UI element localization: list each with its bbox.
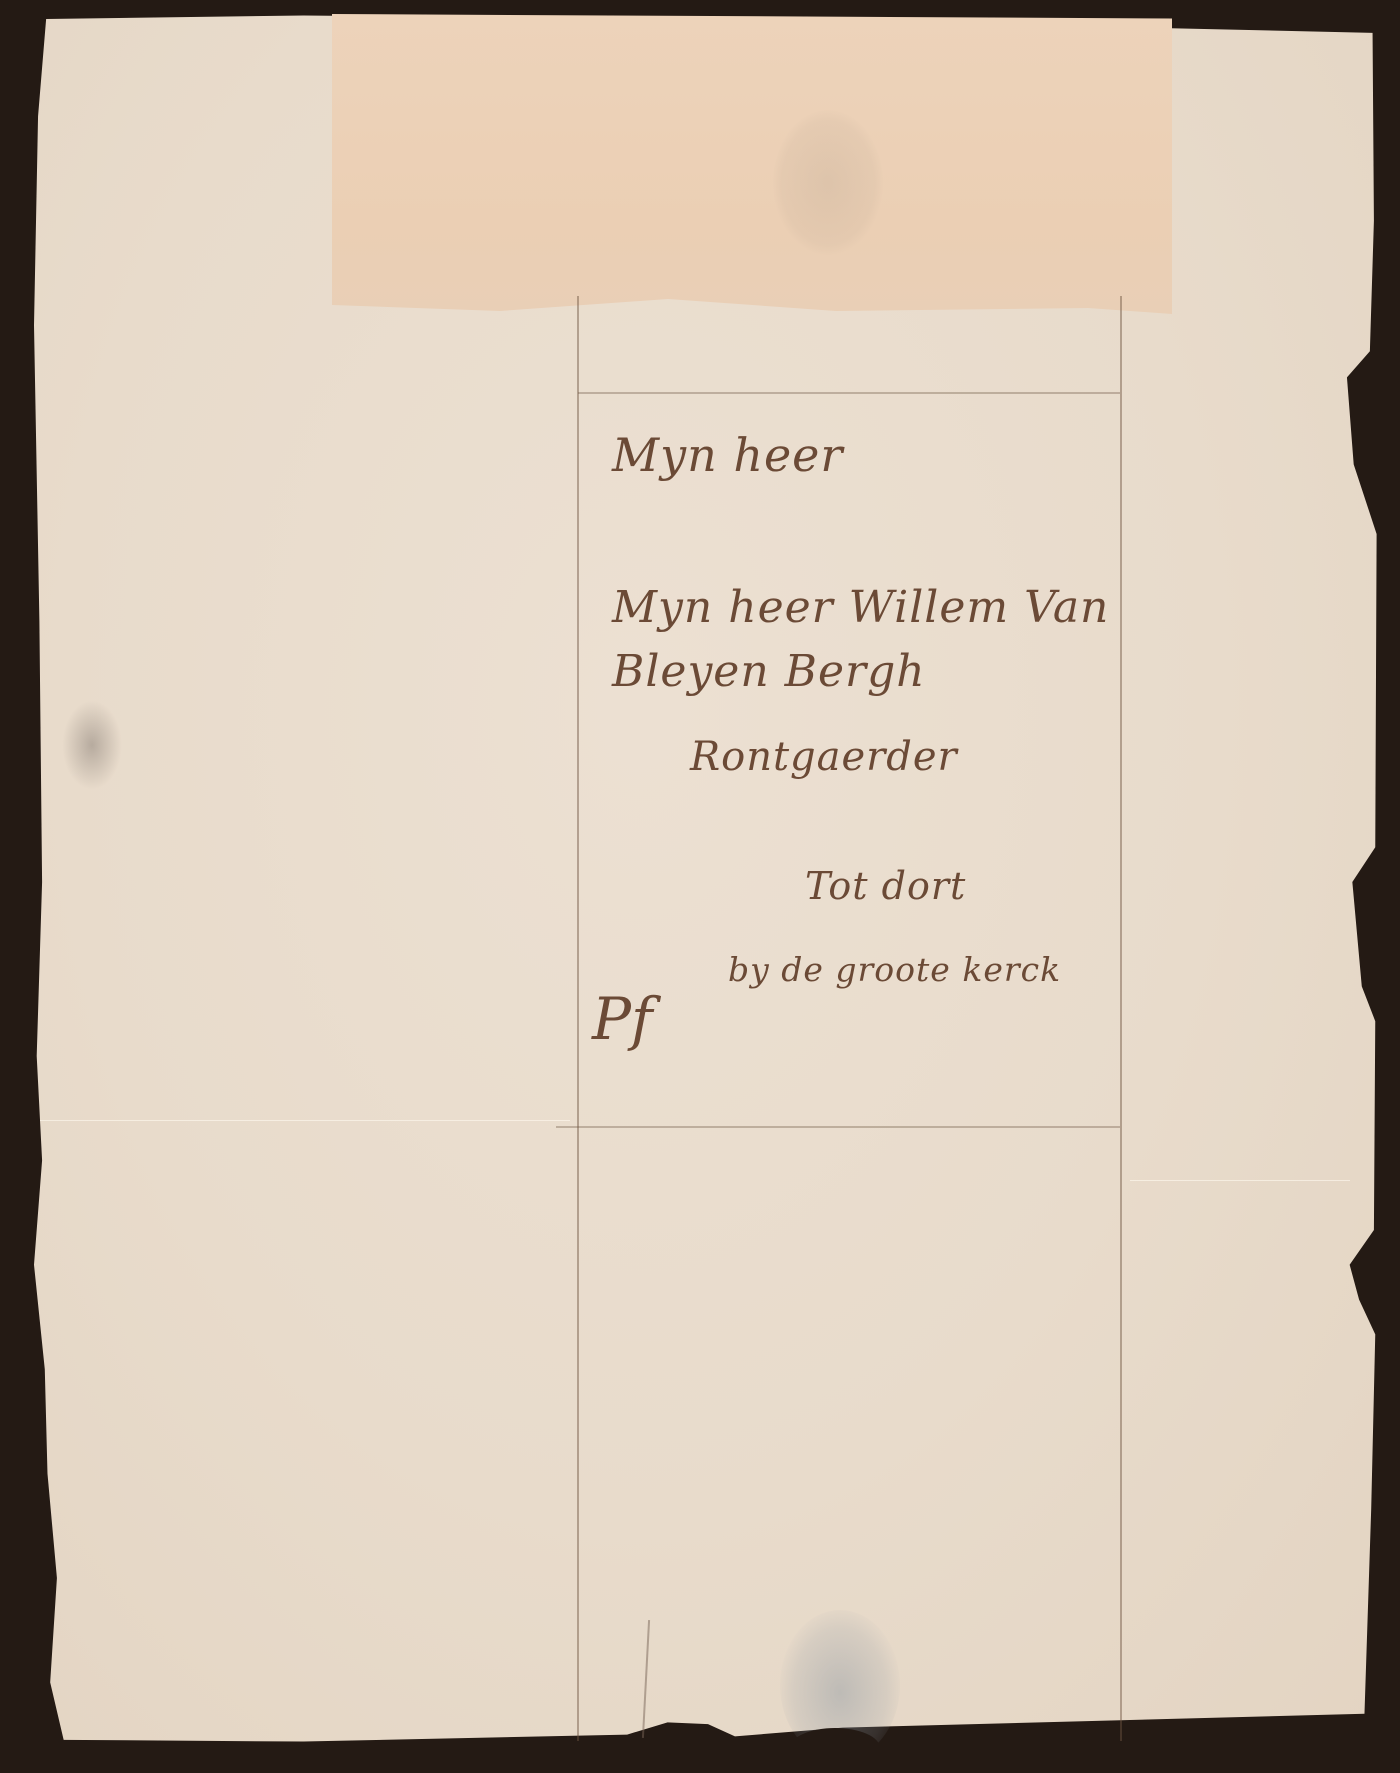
salutation-text: Myn heer [612, 428, 843, 482]
document-scan: Myn heer Myn heer Willem Van Bleyen Berg… [0, 0, 1400, 1773]
fold-line-right [1120, 296, 1122, 1741]
fold-line-left [577, 296, 579, 1741]
recipient-title: Rontgaerder [690, 734, 958, 780]
destination-city: Tot dort [805, 864, 966, 908]
crease-left [40, 1120, 570, 1121]
destination-detail: by de groote kerck [728, 950, 1061, 989]
ink-stain-left-edge [62, 700, 122, 790]
crease-right [1130, 1180, 1350, 1181]
paper-repair-strip [332, 14, 1172, 314]
recipient-name-line-2: Bleyen Bergh [612, 646, 926, 697]
recipient-name-line-1: Myn heer Willem Van [612, 582, 1109, 633]
seal-impression [773, 110, 883, 255]
fold-line-top [578, 392, 1120, 394]
monogram-mark: Pf [592, 985, 653, 1053]
fold-line-bottom [556, 1126, 1120, 1128]
tear-bottom-edge [790, 1728, 880, 1768]
